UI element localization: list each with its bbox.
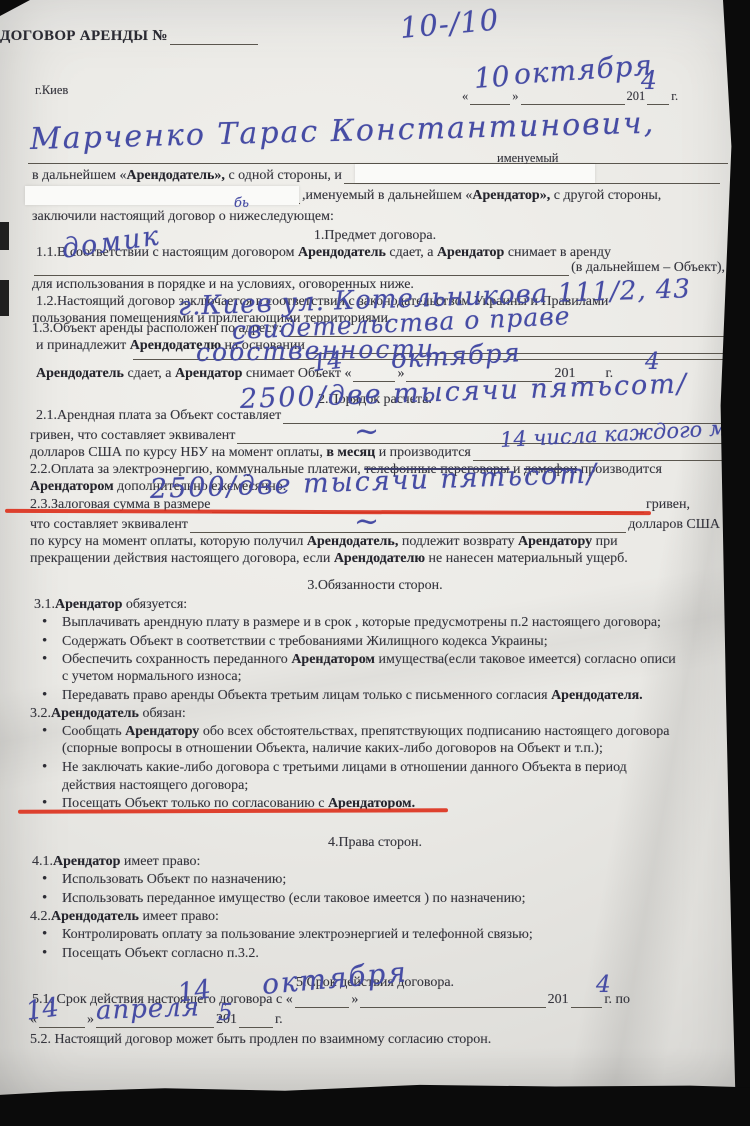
photo-background-left-sliver-2	[0, 280, 9, 316]
clause-3-2: 3.2.Арендодатель обязан:	[30, 705, 186, 722]
clause-3-1: 3.1.Арендатор обязуется:	[34, 596, 187, 613]
clause-2-3-cont-3: прекращении действия настоящего договора…	[30, 550, 628, 567]
redaction-box-1	[355, 164, 595, 183]
handwriting-date-day: 10	[473, 60, 511, 95]
handwriting-term-to-year: 5	[218, 1000, 233, 1026]
tenant-duty-3-cont: с учетом нормального износа;	[36, 668, 241, 685]
landlord-duty-2-cont: действия настоящего договора;	[36, 777, 248, 794]
tenant-duty-1: Выплачивать арендную плату в размере и в…	[36, 614, 661, 631]
landlord-duty-2: Не заключать какие-либо договора с треть…	[36, 759, 627, 776]
landlord-right-1: Контролировать оплату за пользование эле…	[36, 926, 533, 943]
contract-title: ДОГОВОР АРЕНДЫ №	[0, 28, 260, 45]
handwriting-term-to-day: 14	[24, 993, 61, 1027]
landlord-right-2: Посещать Объект согласно п.3.2.	[36, 945, 259, 962]
section-4-heading: 4.Права сторон.	[0, 834, 750, 851]
term-from-year-blank	[571, 1003, 603, 1008]
clause-5-2: 5.2. Настоящий договор может быть продле…	[30, 1031, 491, 1048]
photo-background-left-sliver-1	[0, 222, 9, 250]
handwriting-scribble: бь	[234, 196, 249, 211]
redaction-box-2	[25, 186, 299, 205]
section-3-heading: 3.Обязанности сторон.	[0, 577, 750, 594]
photographed-rental-contract: ДОГОВОР АРЕНДЫ № 10-/10 г.Киев «»201г. 1…	[0, 0, 750, 1126]
term-from-month-blank	[360, 1003, 545, 1008]
tenant-duty-2: Содержать Объект в соответствии с требов…	[36, 633, 548, 650]
photo-background-bottom	[0, 1084, 750, 1126]
date-year-blank	[647, 100, 669, 105]
city-label: г.Киев	[35, 82, 68, 99]
handwriting-handover-day: 14	[311, 346, 344, 377]
term-from-day-blank	[295, 1003, 350, 1008]
date-month-blank	[521, 100, 625, 105]
clause-4-2: 4.2.Арендодатель имеет право:	[30, 908, 219, 925]
date-day-blank	[470, 100, 510, 105]
tenant-right-1: Использовать Объект по назначению;	[36, 871, 286, 888]
clause-2-3-cont-2: по курсу на момент оплаты, которую получ…	[30, 533, 618, 550]
handwriting-term-from-year: 4	[596, 972, 611, 998]
tenant-duty-4: Передавать право аренды Объекта третьим …	[36, 687, 643, 704]
tenant-duty-3: Обеспечить сохранность переданного Аренд…	[36, 651, 676, 668]
preamble-line-3: заключили настоящий договор о нижеследую…	[32, 208, 334, 225]
handwriting-date-year: 4	[641, 66, 657, 95]
landlord-duty-1-cont: (спорные вопросы в отношении Объекта, на…	[36, 740, 603, 757]
clause-2-1-cont-2: долларов США по курсу НБУ на момент опла…	[30, 444, 742, 461]
tenant-right-2: Использовать переданное имущество (если …	[36, 890, 525, 907]
contract-number-blank	[170, 40, 258, 45]
handwriting-term-to-month: апреля	[95, 992, 200, 1026]
clause-1-1-blank-line: (в дальнейшем – Объект),	[32, 259, 725, 276]
landlord-duty-1: Сообщать Арендатору обо всех обстоятельс…	[36, 723, 670, 740]
term-to-year-blank	[239, 1023, 273, 1028]
contract-title-label: ДОГОВОР АРЕНДЫ №	[0, 28, 168, 45]
handwriting-tilde-1: ~	[354, 414, 379, 449]
clause-4-1: 4.1.Арендатор имеет право:	[32, 853, 200, 870]
